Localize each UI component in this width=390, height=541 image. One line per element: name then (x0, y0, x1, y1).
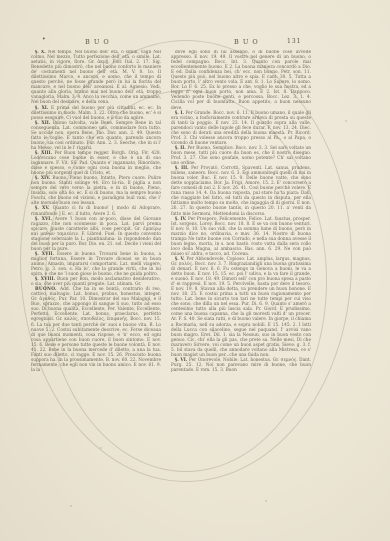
entry-text: Add. Che ha in se bontà, contrario di re… (31, 287, 161, 373)
page-number: 131 (287, 38, 301, 48)
entry-paragraph: §. IV. Per Prospero, Felicemente, Felice… (171, 217, 311, 257)
entry-paragraph: §. II. Per Buono, Semplice. Bocc. nov. 3… (171, 146, 311, 166)
entry-paragraph: §. XVI. Avere 'l buon con ar-poco, disse… (31, 217, 161, 252)
entry-text: Per Prospero, Felicemente, Felice. Lat. … (171, 217, 311, 257)
page-mark: • (42, 36, 47, 46)
text-column-left: §. X. Nel tempo. Nel buono dell' età, o … (31, 50, 161, 434)
text-column-right: dove egli sonò di lui assenno, o di buon… (171, 50, 311, 434)
entry-text: Per Grande. Bocc. nov. 6. 11. Il buono u… (171, 111, 311, 146)
entry-text: Per Buono, Semplice. Bocc. nov. 3. 3. Se… (171, 146, 311, 166)
entry-text: Per Abbondevole, Copioso. Lat. amplus, l… (171, 257, 311, 358)
entry-paragraph: §. III. Per Provatò, Corrotti, Spaventi.… (171, 166, 311, 216)
entry-paragraph: §. V. Per Abbondevole, Copioso. Lat. amp… (171, 257, 311, 358)
entry-paragraph: §. XII. Buono talvolta, vale Bene. Sempr… (31, 121, 161, 151)
entry-paragraph: dove egli sonò di lui assenno, o di buon… (171, 50, 311, 111)
entry-text: Per Provatò, Corrotti, Spaventi. Lat. sa… (171, 166, 311, 216)
entry-text: Avere 'l buon con ar-poco, disse del Gio… (31, 217, 161, 252)
entry-text: Buono talvolta, vale Bene. Sempre Bene i… (31, 121, 161, 151)
entry-paragraph: §. XIV. Buono, Pieno buono, Intatto, Pte… (31, 176, 161, 206)
entry-paragraph: §. I. Per Grande. Bocc. nov. 6. 11. Il b… (171, 111, 311, 146)
scanned-page: • B U O B U O 131 §. X. Nel tempo. Nel b… (0, 0, 390, 541)
entry-paragraph: §. XIII. Per Buon tempo regger. Borgh. O… (31, 151, 161, 176)
entry-text: dove egli sonò di lui assenno, o di buon… (171, 50, 311, 111)
entry-paragraph: §. X. Nel tempo. Nel buono dell' età, o … (31, 50, 161, 106)
entry-paragraph: §. VI. Per Onorevole, Nobile. Lat. hones… (171, 358, 311, 373)
entry-paragraph: §. XVIII. Buon per Bon, modo asclamativo… (31, 277, 161, 287)
entry-text: Buono, Pieno buono, Intatto, Ptero cuore… (31, 176, 161, 206)
running-head-right: B U O (234, 38, 259, 48)
entry-paragraph: §. XVII. Essere in buono. Trovarsi bene … (31, 252, 161, 277)
entry-text: E prima del buono per più cittadini, ec.… (31, 106, 161, 121)
entry-paragraph: §. XI. E prima del buono per più cittadi… (31, 106, 161, 121)
running-head-left: B U O (85, 38, 110, 48)
entry-text: Per Onorevole, Nobile. Lat. honestus. Gr… (171, 358, 311, 373)
entry-text: Nel tempo. Nel buono dell' età, o simili… (31, 50, 161, 105)
entry-paragraph: §. XV. Quanto ci fu di buono! [ modo di … (31, 206, 161, 216)
entry-paragraph: BUONO. Add. Che ha in se bontà, contrari… (31, 287, 161, 373)
